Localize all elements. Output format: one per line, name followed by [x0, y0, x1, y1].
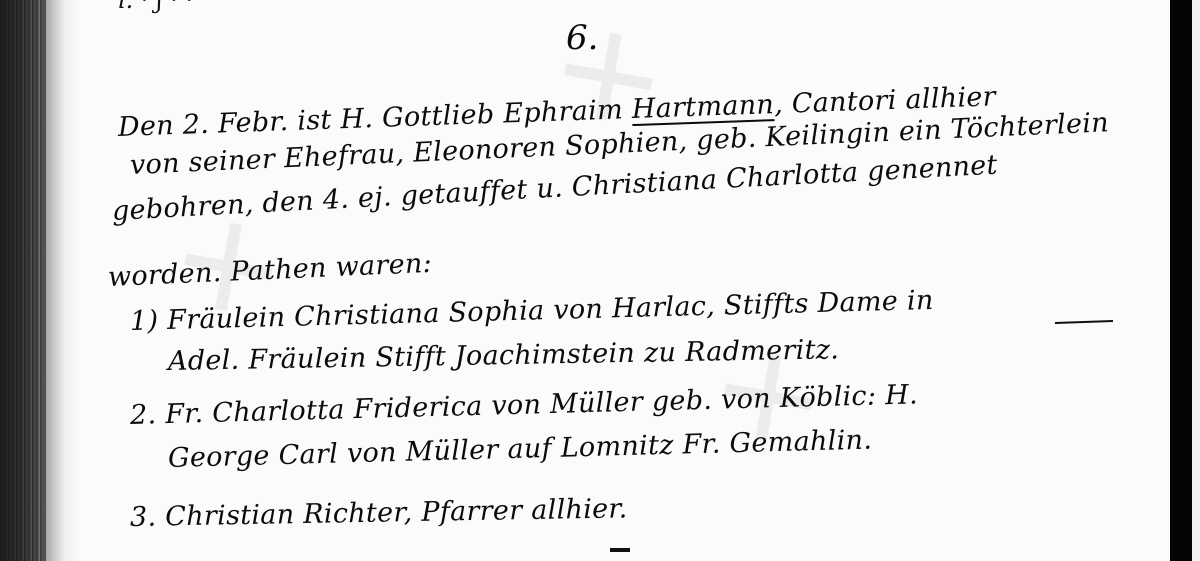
page-number: 6. [566, 18, 598, 58]
left-gutter-fade [40, 0, 80, 561]
godparent-3-line-1: 3. Christian Richter, Pfarrer allhier. [130, 493, 628, 533]
right-binding-shadow [1170, 0, 1192, 561]
entry-line-4: worden. Pathen waren: [107, 248, 432, 293]
list-number: 1) [130, 305, 159, 337]
top-cutoff-text: i. · ʃ · · [118, 0, 193, 14]
godparent-2-line-2: George Carl von Müller auf Lomnitz Fr. G… [168, 425, 873, 474]
line-filler-dash [1055, 320, 1113, 324]
godparent-text: Christian Richter, Pfarrer allhier. [165, 493, 628, 532]
godparent-2-line-1: 2. Fr. Charlotta Friderica von Müller ge… [130, 379, 919, 431]
scanned-document-page: ✕ ✕ ✕ i. · ʃ · · 6. Den 2. Febr. ist H. … [0, 0, 1200, 561]
godparent-1-line-2: Adel. Fräulein Stifft Joachimstein zu Ra… [168, 334, 840, 377]
right-page-edge [1192, 0, 1200, 561]
godparent-text: Fr. Charlotta Friderica von Müller geb. … [165, 379, 918, 430]
list-number: 2. [130, 399, 157, 431]
godparent-1-line-1: 1) Fräulein Christiana Sophia von Harlac… [130, 285, 934, 337]
underlined-surname: Hartmann [631, 89, 774, 125]
bottom-cutoff-mark [610, 548, 630, 552]
godparent-text: Fräulein Christiana Sophia von Harlac, S… [167, 285, 934, 336]
list-number: 3. [130, 502, 157, 533]
